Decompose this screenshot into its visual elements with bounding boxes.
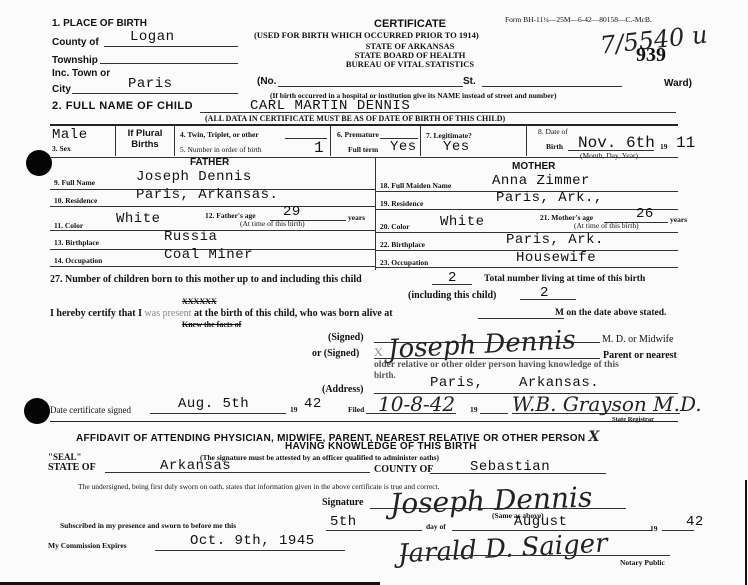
certificate-subtitle: (USED FOR BIRTH WHICH OCCURRED PRIOR TO … xyxy=(254,30,479,40)
certificate-title: CERTIFICATE xyxy=(340,18,480,30)
mother-age-hint: (At time of this birth) xyxy=(574,221,639,230)
signed-label: (Signed) xyxy=(328,332,364,343)
child-name-label: 2. FULL NAME OF CHILD xyxy=(52,100,193,112)
affidavit-note: (The signature must be attested by an of… xyxy=(200,453,439,462)
county-label: County of xyxy=(52,37,99,48)
or-signed-label: or (Signed) xyxy=(312,348,359,359)
father-residence-value: Paris, Arkansas. xyxy=(136,187,278,203)
including-child-label: (including this child) xyxy=(408,290,496,301)
address-label: (Address) xyxy=(322,384,363,395)
children-born-value: 2 xyxy=(448,270,457,286)
inc-town-label: Inc. Town or xyxy=(52,68,110,79)
father-heading: FATHER xyxy=(190,157,229,168)
subscribed-year-value: 42 xyxy=(686,514,704,530)
oath-text: The undersigned, being first duly sworn … xyxy=(78,482,440,491)
affidavit-title-line2: HAVING KNOWLEDGE OF THIS BIRTH xyxy=(285,441,477,452)
affidavit-county-value: Sebastian xyxy=(470,459,550,475)
date-signed-year: 42 xyxy=(304,396,322,412)
birth-year-prefix: 19 xyxy=(660,142,668,151)
mother-birthplace-value: Paris, Ark. xyxy=(506,232,604,248)
file-number: 939 xyxy=(636,44,666,67)
commission-label: My Commission Expires xyxy=(48,541,127,550)
city-value: Paris xyxy=(128,76,173,92)
father-age-unit: years xyxy=(348,213,365,222)
st-label: St. xyxy=(463,76,476,87)
full-term-value: Yes xyxy=(390,139,417,155)
father-residence-label: 10. Residence xyxy=(54,196,97,205)
father-birthplace-label: 13. Birthplace xyxy=(54,238,99,247)
twin-label: 4. Twin, Triplet, or other xyxy=(180,130,259,139)
affidavit-signature-label: Signature xyxy=(322,497,364,508)
mother-age-unit: years xyxy=(670,215,687,224)
ward-label: Ward) xyxy=(664,78,692,89)
affidavit-state-value: Arkansas xyxy=(160,458,231,474)
seal-label: "SEAL" xyxy=(48,452,82,462)
mother-occupation-value: Housewife xyxy=(516,250,596,266)
md-midwife-label: M. D. or Midwife xyxy=(602,334,673,345)
birth-date-value: Nov. 6th xyxy=(578,134,655,152)
mother-name-value: Anna Zimmer xyxy=(492,173,590,189)
mother-color-label: 20. Color xyxy=(380,222,410,231)
struck-text-below: Knew the facts of xyxy=(182,320,241,329)
subscribed-day-value: 5th xyxy=(330,514,357,530)
struck-text-above: XXXXXX xyxy=(182,297,217,306)
filed-date-value: 10-8-42 xyxy=(378,392,455,416)
day-of-label: day of xyxy=(426,522,446,531)
birth-suffix-label: birth. xyxy=(374,370,396,380)
children-born-label: 27. Number of children born to this moth… xyxy=(50,274,362,285)
mother-name-label: 18. Full Maiden Name xyxy=(380,181,451,190)
county-of-label: COUNTY OF xyxy=(374,464,433,475)
sex-label: 3. Sex xyxy=(52,144,71,153)
certify-statement: I hereby certify that I was present at t… xyxy=(50,308,393,319)
mother-residence-value: Paris, Ark., xyxy=(496,190,603,206)
punch-hole-top xyxy=(26,150,52,176)
father-name-label: 9. Full Name xyxy=(54,178,95,187)
no-label: (No. xyxy=(257,76,276,87)
order-label: 5. Number in order of birth xyxy=(180,145,262,154)
mother-birthplace-label: 22. Birthplace xyxy=(380,240,425,249)
children-living-value: 2 xyxy=(540,285,549,301)
form-number: Form BH-11¼—25M—6-42—80158—C.-McB. xyxy=(505,15,652,24)
punch-hole-bottom xyxy=(24,398,50,424)
date-signed-value: Aug. 5th xyxy=(178,396,249,412)
order-value: 1 xyxy=(314,139,324,157)
father-color-label: 11. Color xyxy=(54,221,83,230)
date-of-label: 8. Date of xyxy=(538,127,568,136)
child-name-value: CARL MARTIN DENNIS xyxy=(250,98,410,114)
full-term-label: Full term xyxy=(348,145,378,154)
mother-age-value: 26 xyxy=(636,206,654,222)
sex-value: Male xyxy=(52,127,88,143)
filed-label: Filed xyxy=(348,405,364,414)
bureau-line: BUREAU OF VITAL STATISTICS xyxy=(320,59,500,69)
date-signed-label: Date certificate signed xyxy=(50,405,131,415)
mother-heading: MOTHER xyxy=(512,161,555,172)
total-living-label: Total number living at time of this birt… xyxy=(484,274,645,284)
township-label: Township xyxy=(52,55,98,66)
data-note: (ALL DATA IN CERTIFICATE MUST BE AS OF D… xyxy=(205,114,505,123)
father-birthplace-value: Russia xyxy=(164,229,217,245)
city-label: City xyxy=(52,84,71,95)
mother-color-value: White xyxy=(440,214,485,230)
registrar-signature: W.B. Grayson M.D. xyxy=(512,392,702,416)
mother-occupation-label: 23. Occupation xyxy=(380,258,428,267)
subscribed-year-prefix: 19 xyxy=(650,524,658,533)
date-hint: (Month, Day, Year) xyxy=(580,151,638,160)
subscribed-label: Subscribed in my presence and sworn to b… xyxy=(60,521,236,530)
older-relative-label: older relative or other older person hav… xyxy=(374,360,619,370)
father-color-value: White xyxy=(116,211,161,227)
premature-label: 6. Premature xyxy=(337,130,379,139)
state-of-label: STATE OF xyxy=(48,462,96,473)
notary-signature: Jarald D. Saiger xyxy=(397,529,608,570)
father-age-hint: (At time of this birth) xyxy=(240,219,305,228)
father-occupation-value: Coal Miner xyxy=(164,247,253,263)
born-alive-suffix: M on the date above stated. xyxy=(555,308,666,318)
notary-public-label: Notary Public xyxy=(620,558,665,567)
legitimate-value: Yes xyxy=(443,139,470,155)
plural-births-label: If Plural Births xyxy=(118,128,172,150)
subscribed-month-value: August xyxy=(514,514,567,530)
address-value: Paris, Arkansas. xyxy=(430,375,599,391)
birth-certificate-page: 1. PLACE OF BIRTH County of Logan Townsh… xyxy=(0,0,748,585)
place-of-birth-label: 1. PLACE OF BIRTH xyxy=(52,18,147,29)
father-occupation-label: 14. Occupation xyxy=(54,256,102,265)
county-value: Logan xyxy=(130,29,175,45)
mother-residence-label: 19. Residence xyxy=(380,199,423,208)
filed-year-prefix: 19 xyxy=(470,405,478,414)
commission-value: Oct. 9th, 1945 xyxy=(190,533,315,549)
father-name-value: Joseph Dennis xyxy=(136,169,252,185)
birth-label: Birth xyxy=(546,142,563,151)
birth-year-value: 11 xyxy=(676,134,695,152)
father-age-value: 29 xyxy=(283,204,301,220)
date-signed-year-prefix: 19 xyxy=(290,405,298,414)
